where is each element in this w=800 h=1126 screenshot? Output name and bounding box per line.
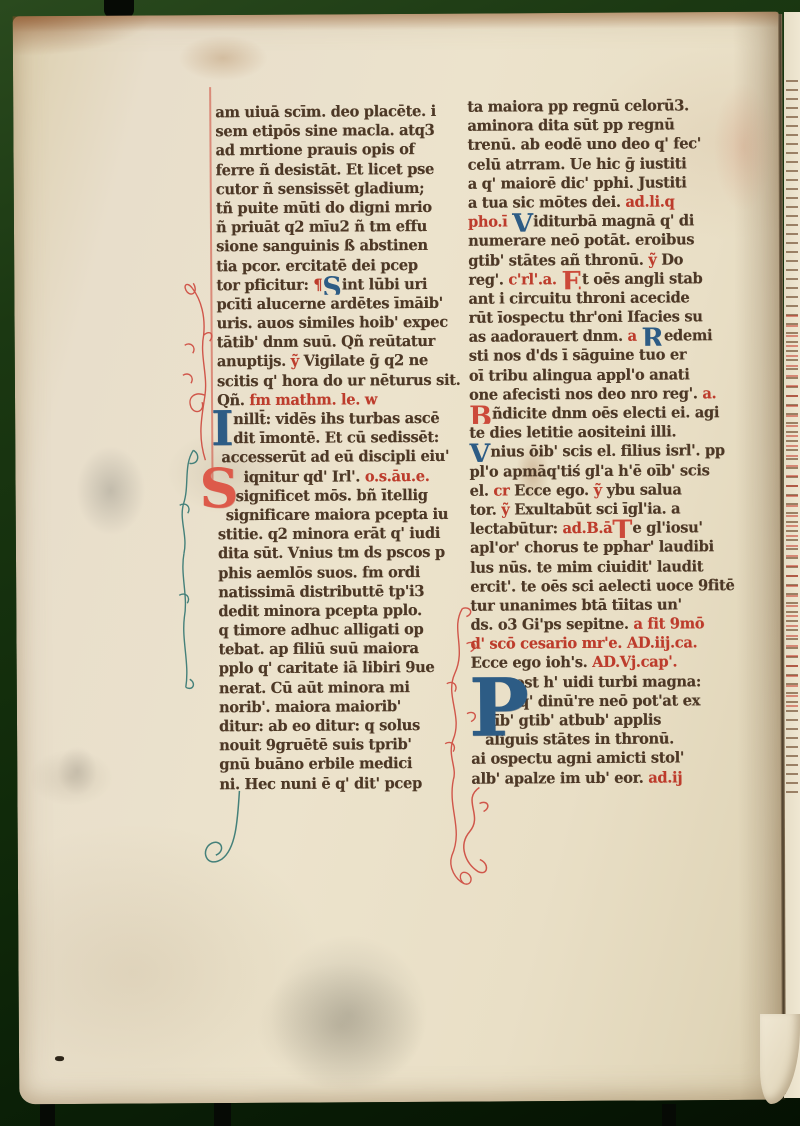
- body-text: ds. o3 Gi'ps sepitne.: [470, 615, 633, 634]
- manuscript-text-line: sione sanguinis ß abstinen: [216, 236, 464, 257]
- rubric-text: c'rl'.a.: [508, 270, 561, 288]
- body-text: ercit'. te oēs sci aelecti uoce 9fitē: [470, 576, 734, 595]
- manuscript-text-line: ni. Hec nuni ē q' dit' pcep: [219, 773, 467, 794]
- body-text: te dies letitie aositeini illi.: [469, 423, 676, 442]
- body-text: accesserūt ad eū discipli eiu': [221, 448, 449, 467]
- manuscript-text-line: dedit minora pcepta pplo.: [218, 600, 466, 621]
- body-text: gnū buāno erbile medici: [219, 755, 412, 774]
- manuscript-text-line: a q' maiorē dic' pphi. Justiti: [468, 172, 768, 194]
- body-text: ñ priuāt q2 mīu2 ñ tm effu: [216, 218, 427, 237]
- body-text: pl'o apmāq'tiś gl'a h'ē oīb' scis: [469, 461, 709, 480]
- manuscript-text-line: gnū buāno erbile medici: [219, 754, 467, 775]
- manuscript-text-line: norib'. maiora maiorib': [219, 696, 467, 717]
- body-text: scitis q' hora do ur nēturus sit.: [217, 371, 461, 390]
- rubric-text: fm mathm. le. w: [249, 391, 377, 409]
- rubric-text: ¶: [313, 276, 322, 294]
- manuscript-text-line: reg'. c'rl'.a. Et oēs angli stab: [468, 268, 768, 290]
- manuscript-text-line: gtib' stātes añ thronū. ỹ Do: [468, 249, 768, 271]
- body-text: stitie. q2 minora erāt q' iudi: [218, 525, 440, 544]
- body-text: nius ōib' scis el. filius isrl'. pp: [490, 442, 724, 461]
- body-text: nouit 9gruētē suis tprib': [219, 736, 411, 755]
- illuminated-initial-P: P: [469, 669, 528, 745]
- body-text: tñ puite mūti do digni mrio: [216, 198, 432, 217]
- manuscript-text-line: significet mōs. bñ ītellig: [218, 485, 466, 506]
- body-text: apl'or' chorus te pphar' laudibi: [470, 538, 714, 557]
- red-curl-flourish-icon: [445, 783, 502, 883]
- body-text: tor.: [470, 501, 502, 519]
- body-text: Do: [656, 250, 683, 268]
- body-text: a tua sic mōtes dei.: [468, 193, 626, 212]
- next-folio-edge: [784, 12, 800, 1098]
- body-text: natissimā distributtē tp'i3: [218, 582, 424, 601]
- teal-curl-flourish-icon: [195, 787, 256, 897]
- body-text: int lūbi uri: [342, 275, 427, 293]
- body-text: ñdicite dnm oēs electi ei. agi: [492, 404, 719, 423]
- rubric-text: a: [627, 327, 641, 345]
- parchment-stain: [268, 934, 429, 1095]
- body-text: alb' apalze im ub' eor.: [471, 769, 648, 788]
- manuscript-text-line: anuptijs. ỹ Vigilate ḡ q2 ne: [217, 351, 465, 372]
- body-text: edemi: [664, 327, 712, 345]
- manuscript-text-line: nerat. Cū aūt minora mi: [219, 677, 467, 698]
- body-text: el.: [470, 482, 494, 500]
- manuscript-text-line: celū atrram. Ue hic ḡ iustiti: [468, 153, 768, 175]
- inline-initial: E: [561, 268, 582, 290]
- body-text: Vigilate ḡ q2 ne: [304, 352, 428, 370]
- rubric-text: ỹ: [501, 501, 509, 519]
- body-text: one afecisti nos deo nro reg'.: [469, 385, 702, 404]
- manuscript-text-line: tor pficitur: ¶Sint lūbi uri: [216, 274, 464, 295]
- body-text: gtib' stātes añ thronū.: [468, 251, 648, 270]
- body-text: iditurbā magnā q' di: [533, 212, 694, 231]
- body-text: ferre ñ desistāt. Et licet pse: [216, 160, 434, 179]
- body-text: tebat. ap filiū suū maiora: [219, 640, 419, 659]
- rubric-text: d' scō cesario mr'e. AD.iij.ca.: [470, 634, 697, 653]
- body-text: q timore adhuc alligati op: [218, 621, 423, 640]
- manuscript-text-line: trenū. ab eodē uno deo q' fec': [467, 134, 767, 156]
- singed-corner: [13, 15, 153, 56]
- inline-initial: T: [612, 517, 632, 539]
- body-text: trenū. ab eodē uno deo q' fec': [467, 135, 701, 154]
- body-text: ni. Hec nuni ē q' dit' pcep: [219, 774, 422, 793]
- body-text: Ecce ego.: [514, 481, 593, 499]
- illuminated-initial-I: I: [211, 407, 232, 453]
- body-text: Exultabūt sci īgl'ia. a: [509, 500, 680, 519]
- body-text: e gl'iosu': [632, 519, 702, 537]
- manuscript-text-line: alb' apalze im ub' eor. ad.ij: [471, 767, 771, 789]
- body-text: pcīti alucerne ardētes īmāib': [216, 294, 442, 313]
- next-folio-rubric-bleed: [786, 312, 798, 712]
- body-text: tātib' dnm suū. Qñ reūtatur: [217, 333, 435, 352]
- body-text: nerat. Cū aūt minora mi: [219, 678, 410, 697]
- body-text: norib'. maiora maiorib': [219, 697, 401, 716]
- illuminated-initial-S: S: [199, 463, 236, 515]
- body-text: reg'.: [468, 271, 508, 289]
- manuscript-page: am uiuā scīm. deo placēte. isem etipōs s…: [13, 12, 786, 1105]
- rubric-text: pho.ī: [468, 213, 512, 231]
- manuscript-text-line: lus nūs. te mim ciuidit' laudit: [470, 556, 770, 578]
- parchment-stain: [178, 35, 268, 82]
- manuscript-text-line: tñ puite mūti do digni mrio: [216, 197, 464, 218]
- body-text: as aadorauert dnm.: [469, 328, 628, 347]
- manuscript-text-line: ferre ñ desistāt. Et licet pse: [216, 159, 464, 180]
- body-text: celū atrram. Ue hic ḡ iustiti: [468, 154, 687, 173]
- manuscript-text-line: oī tribu alingua appl'o anati: [469, 364, 769, 386]
- body-text: ybu salua: [602, 481, 682, 499]
- body-text: significare maiora pcepta iu: [226, 505, 448, 524]
- body-text: dit īmontē. Et cū sedissēt:: [233, 429, 439, 448]
- binding-mark: [214, 1100, 231, 1126]
- body-text: oī tribu alingua appl'o anati: [469, 366, 690, 385]
- body-text: significet mōs. bñ ītellig: [236, 486, 428, 505]
- manuscript-text-line: apl'or' chorus te pphar' laudibi: [470, 537, 770, 559]
- text-column-left: am uiuā scīm. deo placēte. isem etipōs s…: [215, 102, 467, 794]
- inline-initial: V: [469, 441, 490, 463]
- body-text: cutor ñ sensissēt gladium;: [216, 179, 425, 198]
- body-text: t oēs angli stab: [582, 269, 703, 287]
- manuscript-photo: { "document": { "kind_label": "", "color…: [0, 0, 800, 1126]
- binding-mark: [662, 1104, 676, 1126]
- manuscript-text-line: Qñ. fm mathm. le. w: [217, 389, 465, 410]
- inline-initial: B: [469, 402, 492, 424]
- manuscript-text-line: accesserūt ad eū discipli eiu': [217, 447, 465, 468]
- body-text: lus nūs. te mim ciuidit' laudit: [470, 557, 703, 576]
- rubric-text: ỹ: [593, 481, 601, 499]
- rubric-text: a fit 9mō: [633, 615, 704, 633]
- rubric-text: o.s.āu.e.: [365, 467, 430, 485]
- manuscript-text-line: pl'o apmāq'tiś gl'a h'ē oīb' scis: [469, 460, 769, 482]
- parchment-stain: [75, 446, 146, 536]
- manuscript-text-line: pcīti alucerne ardētes īmāib': [216, 293, 464, 314]
- manuscript-text-line: scitis q' hora do ur nēturus sit.: [217, 370, 465, 391]
- body-text: sione sanguinis ß abstinen: [216, 237, 428, 256]
- rubric-text: ad.li.q: [625, 193, 674, 211]
- body-text: tia pcor. ercitatē dei pcep: [216, 256, 418, 275]
- body-text: iqnitur qd' Irl'.: [243, 467, 364, 485]
- manuscript-text-line: phis aemlōs suos. fm ordi: [218, 562, 466, 583]
- manuscript-text-line: cutor ñ sensissēt gladium;: [216, 178, 464, 199]
- body-text: numerare neō potāt. eroibus: [468, 231, 694, 250]
- body-text: phis aemlōs suos. fm ordi: [218, 563, 420, 582]
- body-text: rūt īospectu thr'oni Ifacies su: [468, 308, 702, 327]
- rubric-text: ad.B.ā: [562, 519, 612, 537]
- inline-initial: S: [322, 274, 342, 295]
- rubric-text: a.: [702, 385, 716, 403]
- manuscript-text-line: numerare neō potāt. eroibus: [468, 230, 768, 252]
- body-text: pplo q' caritate iā libiri 9ue: [219, 659, 435, 678]
- body-text: ost h' uidi turbi magna:: [515, 672, 701, 691]
- body-text: uris. auos similes hoib' expec: [217, 313, 448, 332]
- body-text: ditur: ab eo ditur: q solus: [219, 717, 420, 736]
- manuscript-text-line: iqnitur qd' Irl'. o.s.āu.e.: [217, 466, 465, 487]
- manuscript-text-line: ad mrtione prauis opis of: [215, 140, 463, 161]
- rubric-text: cr: [493, 482, 514, 500]
- rubric-text: ad.ij: [648, 768, 682, 786]
- body-text: sti nos d'ds ī sāguine tuo er: [469, 346, 687, 365]
- inline-initial: V: [512, 210, 533, 232]
- body-text: anuptijs.: [217, 353, 291, 371]
- manuscript-text-line: pplo q' caritate iā libiri 9ue: [219, 658, 467, 679]
- body-text: tor pficitur:: [216, 276, 313, 294]
- body-text: ant i circuitu throni acecide: [468, 289, 689, 308]
- manuscript-text-line: sti nos d'ds ī sāguine tuo er: [469, 345, 769, 367]
- body-text: dita sūt. Vnius tm ds pscos p: [218, 544, 445, 563]
- rubric-text: AD.Vj.cap'.: [592, 653, 677, 671]
- body-text: am uiuā scīm. deo placēte. i: [215, 102, 436, 121]
- manuscript-text-line: ercit'. te oēs sci aelecti uoce 9fitē: [470, 575, 770, 597]
- ink-fleck: [55, 1056, 64, 1061]
- manuscript-text-line: Vnius ōib' scis el. filius isrl'. pp: [469, 441, 769, 463]
- manuscript-text-line: dita sūt. Vnius tm ds pscos p: [218, 543, 466, 564]
- body-text: aminora dita sūt pp regnū: [467, 116, 674, 135]
- body-text: sem etipōs sine macla. atq3: [215, 122, 434, 141]
- manuscript-text-line: natissimā distributtē tp'i3: [218, 581, 466, 602]
- body-text: dedit minora pcepta pplo.: [218, 601, 422, 620]
- body-text: q' dinū're neō pot'at ex: [519, 692, 700, 711]
- rubric-text: ỹ: [291, 353, 304, 371]
- body-text: ad mrtione prauis opis of: [215, 141, 414, 160]
- parchment-stain: [57, 746, 97, 796]
- body-text: nillt̄: vidēs ihs turbas ascē: [233, 409, 439, 428]
- manuscript-text-line: el. cr Ecce ego. ỹ ybu salua: [470, 479, 770, 501]
- body-text: tur unanimes btā tīitas un': [470, 596, 681, 615]
- body-text: a q' maiorē dic' pphi. Justiti: [468, 174, 687, 193]
- body-text: lectabūtur:: [470, 520, 563, 538]
- manuscript-text-line: significare maiora pcepta iu: [218, 504, 466, 525]
- body-text: ta maiora pp regnū celorū3.: [467, 97, 689, 116]
- manuscript-text-line: tia pcor. ercitatē dei pcep: [216, 255, 464, 276]
